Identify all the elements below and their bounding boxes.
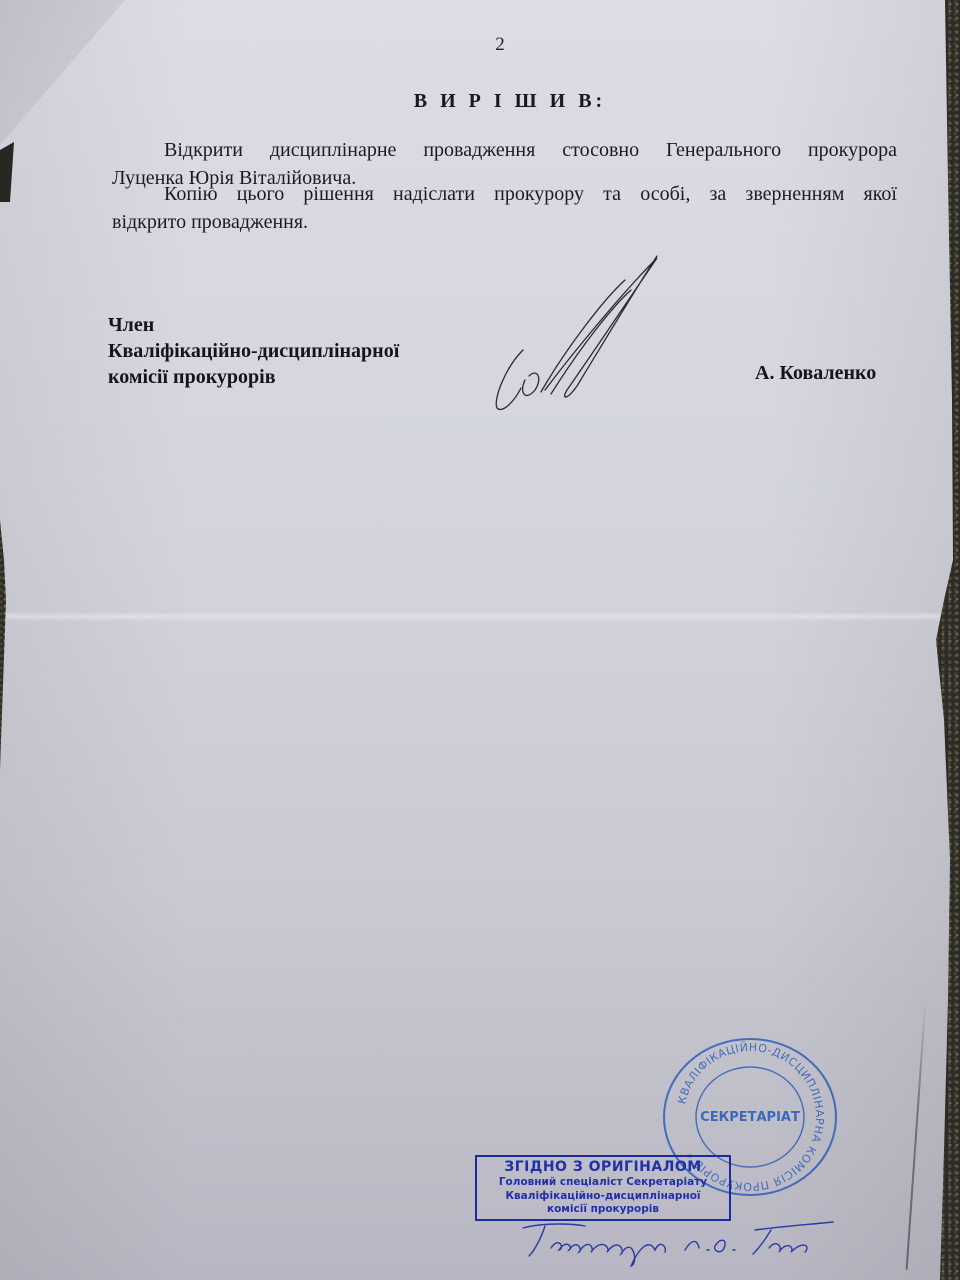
page-number: 2: [0, 34, 960, 56]
certified-copy-stamp: ЗГІДНО З ОРИГІНАЛОМ Головний спеціаліст …: [475, 1155, 731, 1221]
secretariat-round-stamp: КВАЛІФІКАЦІЙНО-ДИСЦИПЛІНАРНА КОМІСІЯ ПРО…: [660, 1035, 840, 1200]
paragraph-line: Луценка Юрія Віталійовича.: [112, 167, 356, 189]
stamp-title: ЗГІДНО З ОРИГІНАЛОМ: [477, 1159, 729, 1176]
signatory-title: Член Кваліфікаційно-дисциплінарної коміс…: [108, 312, 399, 390]
signatory-title-line: Кваліфікаційно-дисциплінарної: [108, 338, 399, 364]
paragraph-line: Копію цього рішення надіслати прокурору …: [112, 180, 897, 208]
paragraph-line: відкрито провадження.: [112, 211, 308, 233]
stamp-line: Головний спеціаліст Секретаріату: [477, 1176, 729, 1190]
signatory-title-line: Член: [108, 312, 399, 338]
paper-edge-mark: [906, 1000, 927, 1269]
stamp-line: комісії прокурорів: [477, 1203, 729, 1217]
document-page: 2 В И Р І Ш И В: Відкрити дисциплінарне …: [0, 0, 960, 1280]
paragraph-line: Відкрити дисциплінарне провадження стосо…: [112, 136, 897, 164]
paper-shadow: [0, 142, 14, 202]
folded-corner: [0, 0, 200, 150]
handwritten-certifier-name: [515, 1218, 835, 1268]
stamp-center-text: СЕКРЕТАРІАТ: [700, 1110, 800, 1125]
stamp-line: Кваліфікаційно-дисциплінарної: [477, 1190, 729, 1204]
handwritten-signature: [485, 250, 665, 420]
paragraph-send-copy: Копію цього рішення надіслати прокурору …: [112, 180, 897, 236]
signatory-title-line: комісії прокурорів: [108, 364, 399, 390]
svg-text:КВАЛІФІКАЦІЙНО-ДИСЦИПЛІНАРНА К: КВАЛІФІКАЦІЙНО-ДИСЦИПЛІНАРНА КОМІСІЯ ПРО…: [675, 1041, 826, 1193]
signatory-name: А. Коваленко: [755, 362, 876, 385]
paragraph-open-proceedings: Відкрити дисциплінарне провадження стосо…: [112, 136, 897, 192]
resolution-heading: В И Р І Ш И В:: [0, 90, 960, 113]
